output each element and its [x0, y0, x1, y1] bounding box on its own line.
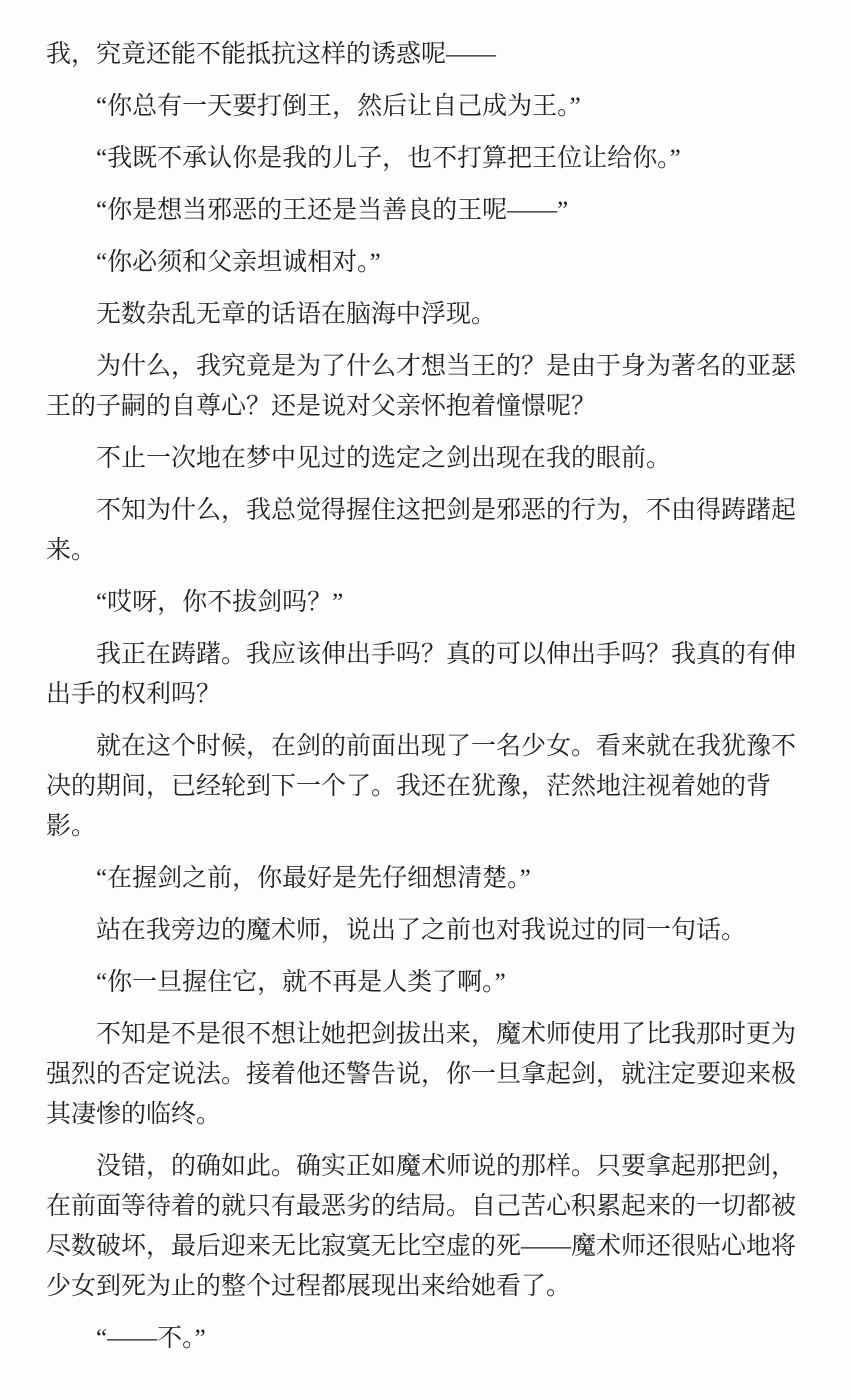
paragraph-12: 就在这个时候，在剑的前面出现了一名少女。看来就在我犹豫不决的期间，已经轮到下一个…	[46, 727, 806, 847]
paragraph-10: “哎呀，你不拔剑吗？”	[46, 583, 806, 623]
paragraph-13: “在握剑之前，你最好是先仔细想清楚。”	[46, 859, 806, 899]
paragraph-9: 不知为什么，我总觉得握住这把剑是邪恶的行为，不由得踌躇起来。	[46, 491, 806, 571]
paragraph-15: “你一旦握住它，就不再是人类了啊。”	[46, 963, 806, 1003]
paragraph-7: 为什么，我究竟是为了什么才想当王的？是由于身为著名的亚瑟王的子嗣的自尊心？还是说…	[46, 347, 806, 427]
reader-page: 我，究竟还能不能抵抗这样的诱惑呢—— “你总有一天要打倒王，然后让自己成为王。”…	[0, 0, 850, 1400]
paragraph-6: 无数杂乱无章的话语在脑海中浮现。	[46, 295, 806, 335]
paragraph-1: 我，究竟还能不能抵抗这样的诱惑呢——	[46, 35, 806, 75]
paragraph-17: 没错，的确如此。确实正如魔术师说的那样。只要拿起那把剑，在前面等待着的就只有最恶…	[46, 1147, 806, 1307]
paragraph-11: 我正在踌躇。我应该伸出手吗？真的可以伸出手吗？我真的有伸出手的权利吗？	[46, 635, 806, 715]
paragraph-4: “你是想当邪恶的王还是当善良的王呢——”	[46, 191, 806, 231]
paragraph-18: “——不。”	[46, 1319, 806, 1359]
paragraph-14: 站在我旁边的魔术师，说出了之前也对我说过的同一句话。	[46, 911, 806, 951]
paragraph-16: 不知是不是很不想让她把剑拔出来，魔术师使用了比我那时更为强烈的否定说法。接着他还…	[46, 1015, 806, 1135]
paragraph-5: “你必须和父亲坦诚相对。”	[46, 243, 806, 283]
paragraph-8: 不止一次地在梦中见过的选定之剑出现在我的眼前。	[46, 439, 806, 479]
paragraph-2: “你总有一天要打倒王，然后让自己成为王。”	[46, 87, 806, 127]
paragraph-3: “我既不承认你是我的儿子，也不打算把王位让给你。”	[46, 139, 806, 179]
